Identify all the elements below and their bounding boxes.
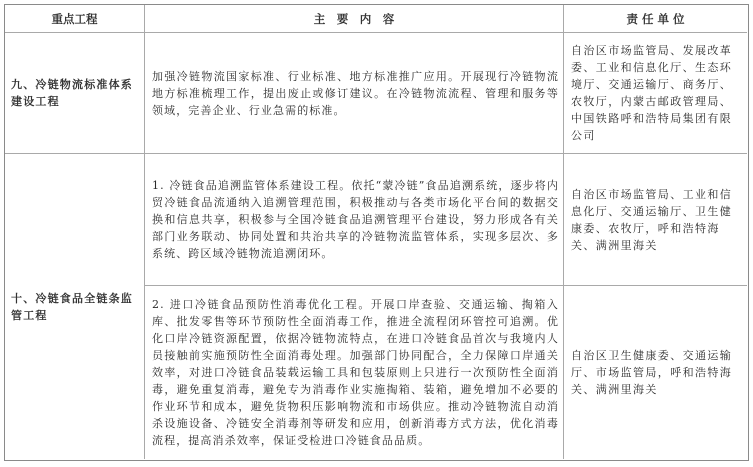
responsible-cell: 自治区市场监管局、工业和信息化厅、交通运输厅、卫生健康委、农牧厅，呼和浩特海关、…: [564, 154, 747, 285]
content-text: 2. 进口冷链食品预防性消毒优化工程。开展口岸查验、交通运输、掏箱入库、批发零售…: [152, 296, 559, 449]
responsible-text: 自治区市场监管局、发展改革委、工业和信息化厅、生态环境厅、交通运输厅、商务厅、农…: [571, 42, 742, 144]
responsible-cell: 自治区市场监管局、发展改革委、工业和信息化厅、生态环境厅、交通运输厅、商务厅、农…: [564, 33, 747, 153]
header-content: 主 要 内 容: [145, 5, 563, 33]
responsible-text: 自治区市场监管局、工业和信息化厅、交通运输厅、卫生健康委、农牧厅，呼和浩特海关、…: [571, 186, 742, 254]
project-cell: 十、冷链食品全链条监管工程: [5, 154, 144, 459]
content-cell: 1. 冷链食品追溯监管体系建设工程。依托“蒙冷链”食品追溯系统，逐步将内贸冷链食…: [145, 154, 563, 285]
project-name: 十、冷链食品全链条监管工程: [11, 290, 140, 324]
content-cell: 加强冷链物流国家标准、行业标准、地方标准推广应用。开展现行冷链物流地方标准梳理工…: [145, 33, 563, 153]
content-text: 1. 冷链食品追溯监管体系建设工程。依托“蒙冷链”食品追溯系统，逐步将内贸冷链食…: [152, 177, 559, 262]
responsible-text: 自治区卫生健康委、交通运输厅、市场监管局，呼和浩特海关、满洲里海关: [571, 347, 742, 398]
project-table: 重点工程 主 要 内 容 责 任 单 位 九、冷链物流标准体系建设工程 加强冷链…: [4, 4, 749, 461]
content-cell: 2. 进口冷链食品预防性消毒优化工程。开展口岸查验、交通运输、掏箱入库、批发零售…: [145, 286, 563, 459]
project-name: 九、冷链物流标准体系建设工程: [11, 76, 140, 110]
responsible-cell: 自治区卫生健康委、交通运输厅、市场监管局，呼和浩特海关、满洲里海关: [564, 286, 747, 459]
header-project: 重点工程: [5, 5, 144, 33]
project-cell: 九、冷链物流标准体系建设工程: [5, 33, 144, 153]
header-responsible: 责 任 单 位: [564, 5, 747, 33]
content-text: 加强冷链物流国家标准、行业标准、地方标准推广应用。开展现行冷链物流地方标准梳理工…: [152, 68, 559, 119]
